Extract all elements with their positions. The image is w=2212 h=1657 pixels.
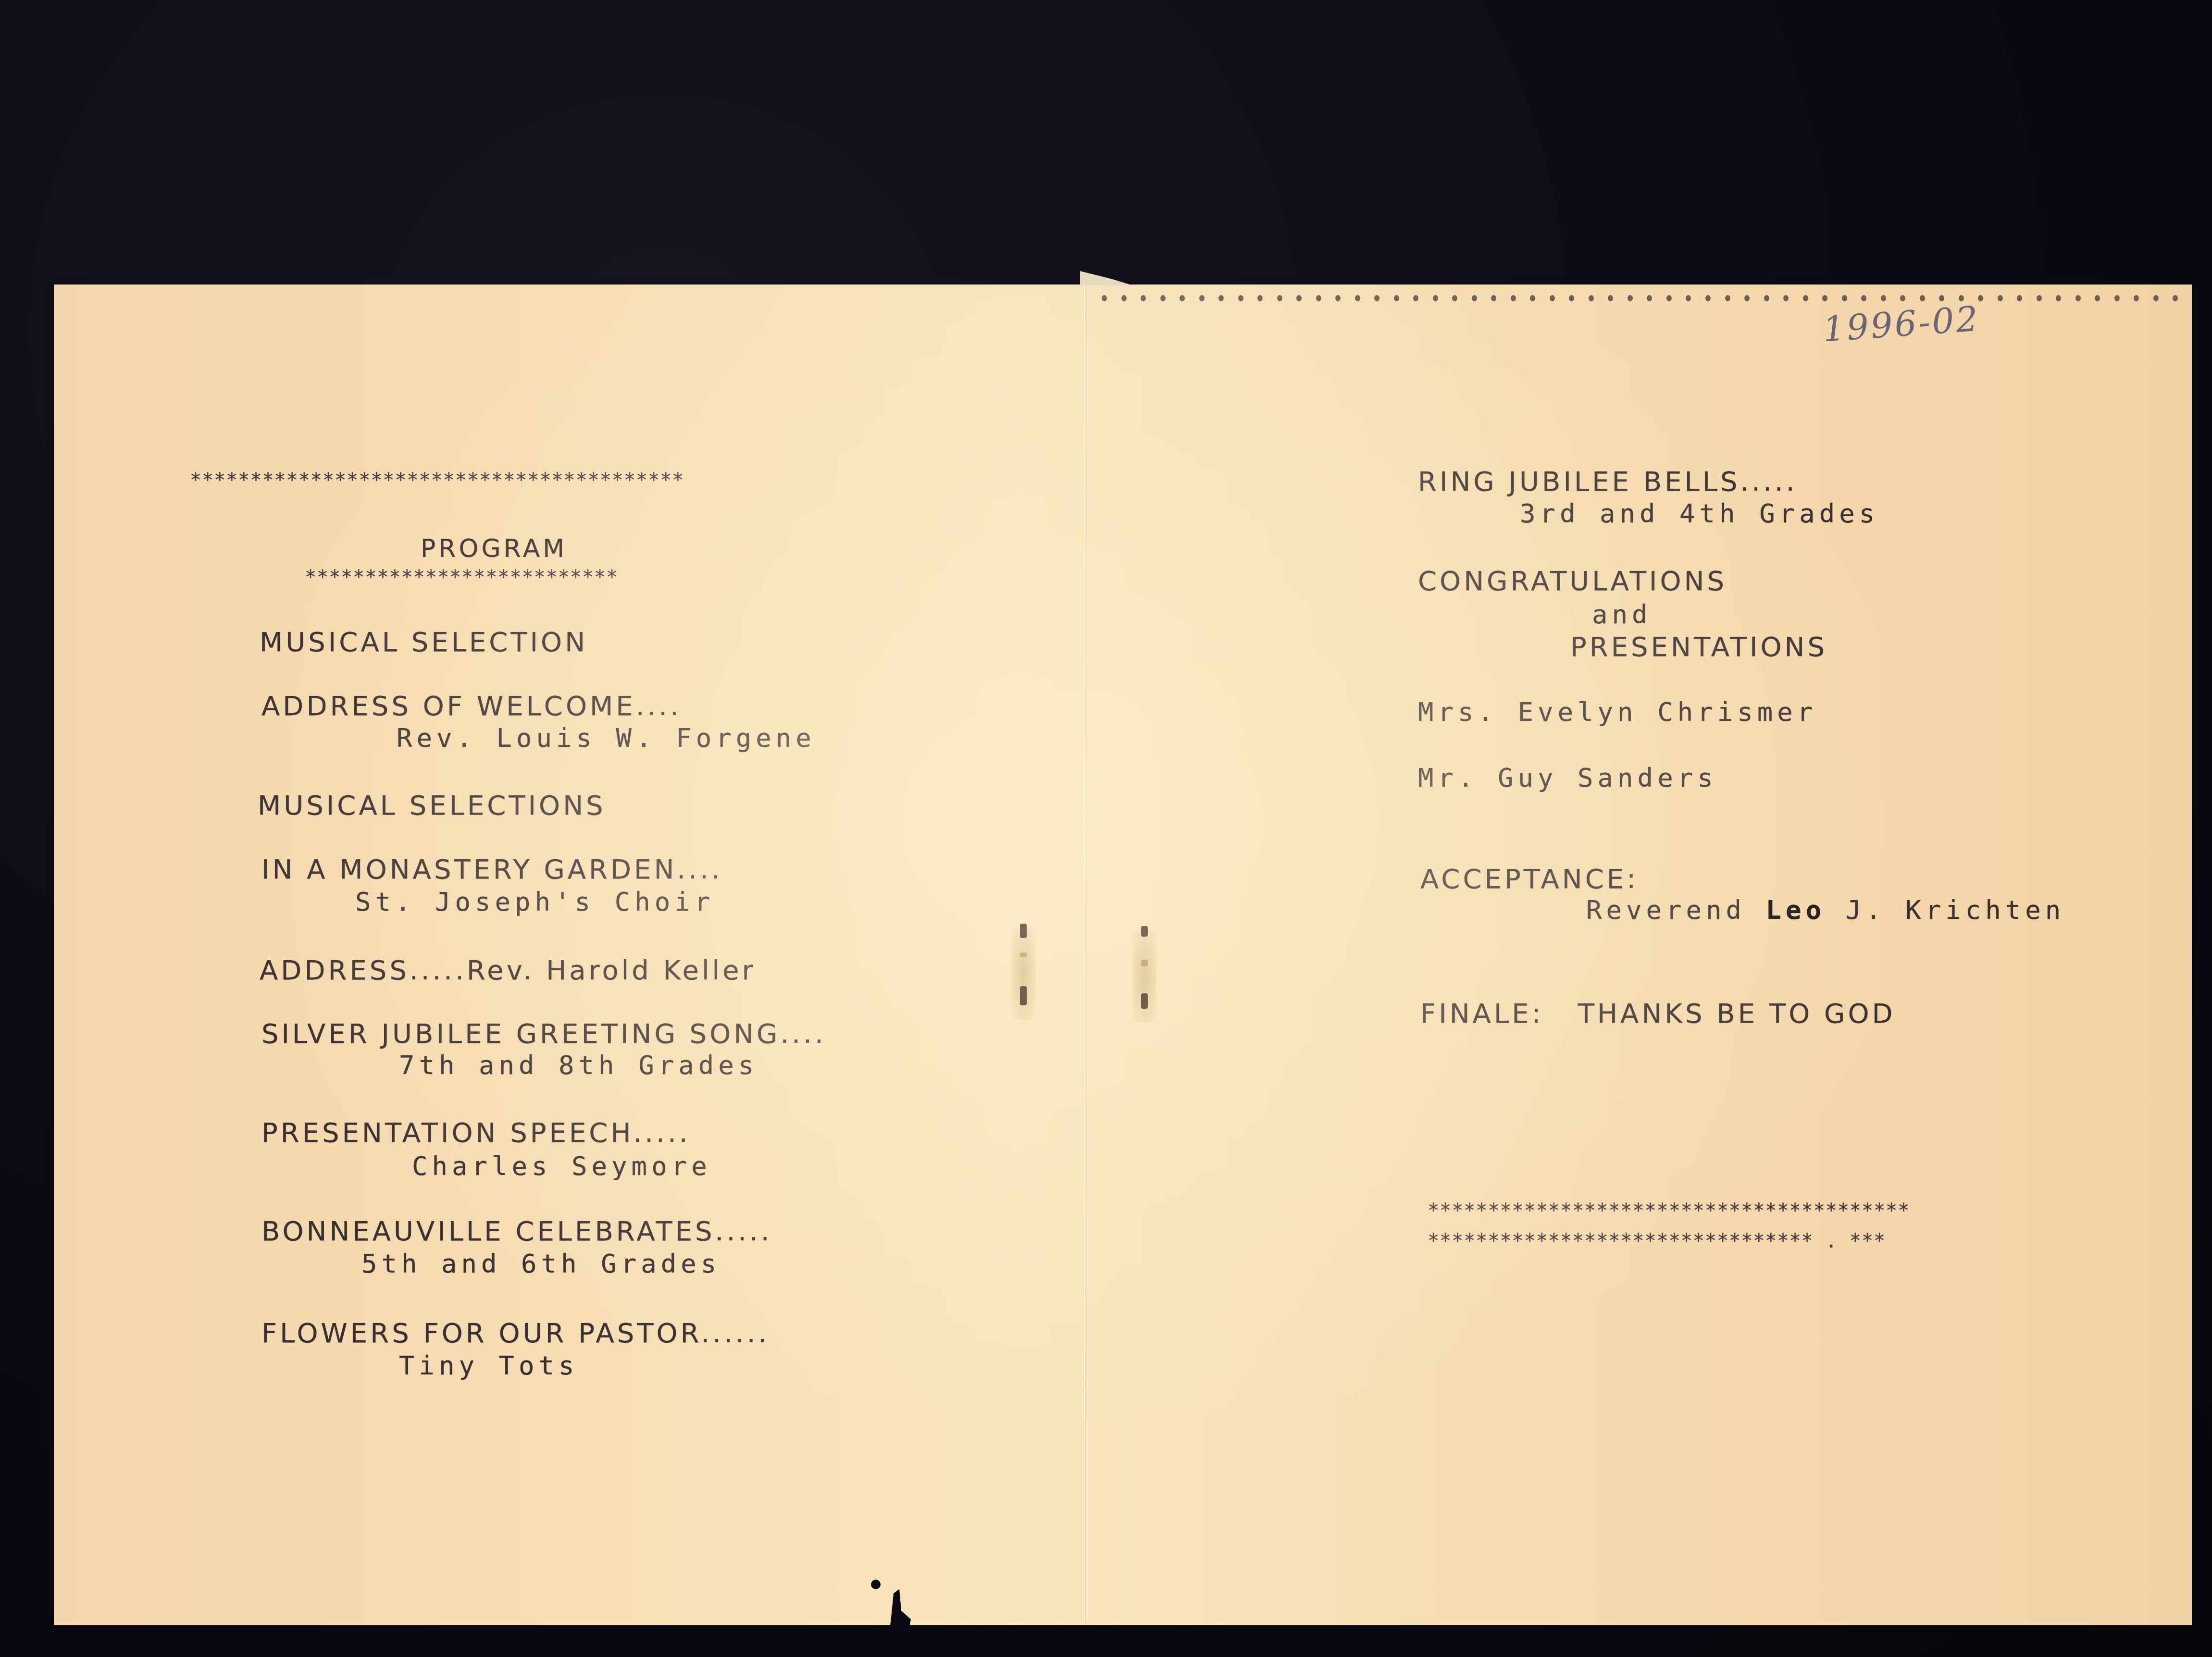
staple-hole-left <box>1020 924 1027 1015</box>
perforation-hole <box>2134 295 2139 301</box>
perforation-hole <box>1102 295 1107 301</box>
item-heading: FLOWERS FOR OUR PASTOR...... <box>261 1318 770 1349</box>
item-heading: SILVER JUBILEE GREETING SONG.... <box>261 1018 826 1050</box>
perforation-hole <box>2173 295 2178 301</box>
paper-damage <box>871 1580 881 1589</box>
perforation-hole <box>1705 295 1711 301</box>
perforation-hole <box>1394 295 1399 301</box>
perforation-hole <box>1920 295 1925 301</box>
perforation-hole <box>1511 295 1516 301</box>
honoree-name: Mr. Guy Sanders <box>1418 763 1717 793</box>
perforation-hole <box>1569 295 1574 301</box>
perforation-hole <box>2153 295 2159 301</box>
perforation-hole <box>1822 295 1827 301</box>
perforation-hole <box>1335 295 1341 301</box>
item-heading: PRESENTATION SPEECH..... <box>261 1117 691 1149</box>
congratulations-line1: CONGRATULATIONS <box>1418 566 1727 597</box>
item-heading: BONNEAUVILLE CELEBRATES..... <box>261 1216 772 1247</box>
perforation-hole <box>1686 295 1691 301</box>
perforation-hole <box>1783 295 1789 301</box>
perforation-hole <box>1257 295 1263 301</box>
perforation-hole <box>1296 295 1302 301</box>
perforation-hole <box>1238 295 1243 301</box>
paper-tear-tab <box>1080 271 1133 285</box>
item-performer: 5th and 6th Grades <box>361 1249 721 1279</box>
perforation-holes <box>1102 295 2178 302</box>
perforation-hole <box>2075 295 2081 301</box>
perforation-hole <box>1647 295 1652 301</box>
perforation-hole <box>1764 295 1769 301</box>
perforation-hole <box>1472 295 1477 301</box>
perforation-hole <box>1725 295 1730 301</box>
staple-hole-right <box>1141 926 1148 1017</box>
perforation-hole <box>2037 295 2042 301</box>
name-suffix: J. Krichten <box>1846 895 2065 925</box>
perforation-hole <box>1978 295 1983 301</box>
handwritten-archive-note: 1996-02 <box>1821 298 1981 350</box>
perforation-hole <box>1491 295 1496 301</box>
perforation-hole <box>2056 295 2061 301</box>
finale-label: FINALE: <box>1420 998 1543 1029</box>
overstruck-name: Leo <box>1766 895 1826 925</box>
item-performer: Charles Seymore <box>412 1151 711 1181</box>
perforation-hole <box>1121 295 1127 301</box>
perforation-hole <box>1277 295 1282 301</box>
item-performer: Rev. Louis W. Forgene <box>397 723 816 753</box>
item-performer: 7th and 8th Grades <box>399 1050 758 1080</box>
item-heading: MUSICAL SELECTIONS <box>258 790 606 821</box>
perforation-hole <box>1744 295 1750 301</box>
program-sheet: ****************************************… <box>54 284 2192 1625</box>
congratulations-line2: and <box>1592 599 1652 630</box>
program-title: PROGRAM <box>421 534 567 563</box>
acceptance-name: Reverend Leo J. Krichten <box>1586 895 2065 925</box>
perforation-hole <box>1160 295 1166 301</box>
perforation-hole <box>1628 295 1633 301</box>
perforation-hole <box>1530 295 1535 301</box>
perforation-hole <box>1803 295 1808 301</box>
perforation-hole <box>1608 295 1613 301</box>
perforation-hole <box>1666 295 1672 301</box>
item-performer: St. Joseph's Choir <box>355 887 714 917</box>
item-performer: Tiny Tots <box>399 1350 579 1381</box>
star-border-bottom-1: **************************************** <box>1428 1200 1910 1222</box>
perforation-hole <box>1452 295 1457 301</box>
perforation-hole <box>1218 295 1224 301</box>
honoree-name: Mrs. Evelyn Chrismer <box>1418 697 1817 727</box>
perforation-hole <box>2114 295 2120 301</box>
star-border-bottom-2: ******************************** . *** <box>1428 1230 1886 1252</box>
perforation-hole <box>2017 295 2022 301</box>
star-border-title: ************************** <box>305 567 618 589</box>
perforation-hole <box>1589 295 1594 301</box>
perforation-hole <box>1316 295 1321 301</box>
star-border-top: ****************************************… <box>190 470 684 492</box>
perforation-hole <box>1180 295 1185 301</box>
perforation-hole <box>1881 295 1886 301</box>
congratulations-line3: PRESENTATIONS <box>1570 631 1827 663</box>
finale: FINALE: THANKS BE TO GOD <box>1420 998 1896 1029</box>
ring-bells-performer: 3rd and 4th Grades <box>1520 498 1879 529</box>
perforation-hole <box>1199 295 1205 301</box>
item-heading: MUSICAL SELECTION <box>260 627 588 658</box>
perforation-hole <box>1141 295 1146 301</box>
item-heading: ADDRESS OF WELCOME.... <box>261 691 682 722</box>
perforation-hole <box>1413 295 1418 301</box>
item-heading: IN A MONASTERY GARDEN.... <box>261 854 723 885</box>
perforation-hole <box>1355 295 1360 301</box>
perforation-hole <box>1433 295 1438 301</box>
perforation-hole <box>1842 295 1847 301</box>
perforation-hole <box>1900 295 1905 301</box>
acceptance-heading: ACCEPTANCE: <box>1420 864 1639 895</box>
center-fold <box>1084 284 1085 1625</box>
paper-tear-bottom <box>878 1587 917 1630</box>
perforation-hole <box>1861 295 1866 301</box>
perforation-hole <box>1374 295 1379 301</box>
item-heading: ADDRESS.....Rev. Harold Keller <box>260 955 756 986</box>
ring-bells-heading: RING JUBILEE BELLS..... <box>1418 466 1797 497</box>
name-prefix: Reverend <box>1586 895 1746 925</box>
finale-title: THANKS BE TO GOD <box>1578 998 1896 1029</box>
perforation-hole <box>1550 295 1555 301</box>
perforation-hole <box>2095 295 2100 301</box>
perforation-hole <box>1998 295 2003 301</box>
